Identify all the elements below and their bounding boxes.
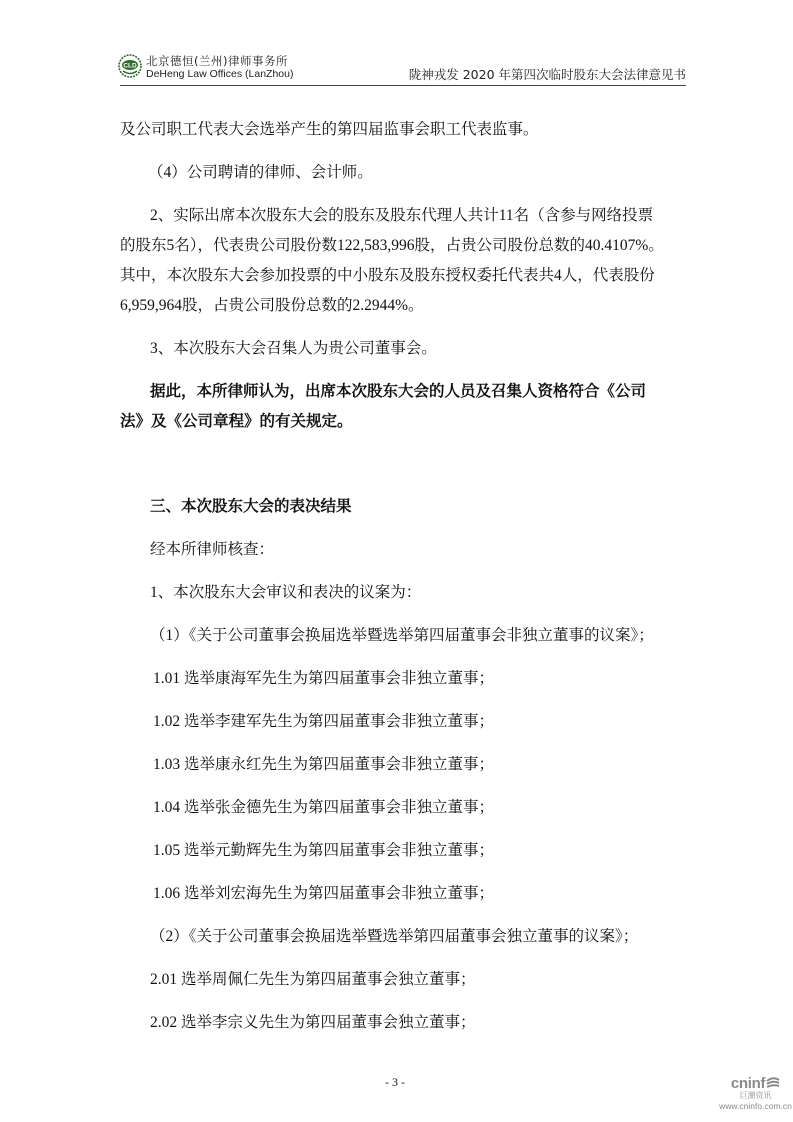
cninfo-swirl-icon [766, 1077, 780, 1089]
paragraph-line: 1.05 选举元勤辉先生为第四届董事会非独立董事； [153, 841, 494, 861]
paragraph-line: 1.03 选举康永红先生为第四届董事会非独立董事； [153, 755, 494, 775]
bold-paragraph-line: 据此，本所律师认为，出席本次股东大会的人员及召集人资格符合《公司 [150, 382, 646, 402]
paragraph-line: 2.02 选举李宗义先生为第四届董事会独立董事； [150, 1013, 476, 1033]
paragraph-line: 6,959,964股，占贵公司股份总数的2.2944%。 [120, 296, 424, 316]
watermark-url: www.cninfo.com.cn [718, 1101, 793, 1111]
paragraph-line: 2.01 选举周佩仁先生为第四届董事会独立董事； [150, 970, 476, 990]
paragraph-line: （2）《关于公司董事会换届选举暨选举第四届董事会独立董事的议案》； [150, 927, 638, 947]
paragraph-line: （1）《关于公司董事会换届选举暨选举第四届董事会非独立董事的议案》； [150, 626, 654, 646]
law-firm-logo-icon: CLD [118, 54, 142, 78]
paragraph-line: 3、本次股东大会召集人为贵公司董事会。 [150, 339, 437, 359]
watermark-brand-chinese: 巨潮资讯 [718, 1090, 793, 1101]
paragraph-line: 1.04 选举张金德先生为第四届董事会非独立董事； [153, 798, 494, 818]
paragraph-line: 经本所律师核查： [150, 540, 274, 560]
firm-name-chinese: 北京德恒(兰州)律师事务所 [146, 53, 288, 69]
document-title: 陇神戎发 2020 年第四次临时股东大会法律意见书 [409, 65, 686, 83]
paragraph-line: 1、本次股东大会审议和表决的议案为： [150, 583, 421, 603]
paragraph-line: （4）公司聘请的律师、会计师。 [148, 163, 373, 183]
bold-paragraph-line: 法》及《公司章程》的有关规定。 [120, 412, 353, 432]
firm-name-english: DeHeng Law Offices (LanZhou) [146, 68, 293, 80]
paragraph-line: 1.02 选举李建军先生为第四届董事会非独立董事； [153, 712, 494, 732]
paragraph-line: 1.06 选举刘宏海先生为第四届董事会非独立董事； [153, 884, 494, 904]
paragraph-line: 的股东5名），代表贵公司股份数122,583,996股，占贵公司股份总数的40.… [120, 236, 664, 256]
header-divider [120, 85, 686, 86]
bold-paragraph-line: 三、本次股东大会的表决结果 [150, 497, 352, 517]
paragraph-line: 2、实际出席本次股东大会的股东及股东代理人共计11名（含参与网络投票 [150, 206, 653, 226]
svg-text:CLD: CLD [123, 63, 137, 70]
page-number: - 3 - [385, 1075, 405, 1090]
page-header: CLD 北京德恒(兰州)律师事务所 DeHeng Law Offices (La… [118, 50, 686, 86]
paragraph-line: 及公司职工代表大会选举产生的第四届监事会职工代表监事。 [120, 120, 539, 140]
paragraph-line: 1.01 选举康海军先生为第四届董事会非独立董事； [153, 669, 494, 689]
cninfo-watermark: cninf 巨潮资讯 www.cninfo.com.cn [718, 1075, 793, 1111]
paragraph-line: 其中，本次股东大会参加投票的中小股东及股东授权委托代表共4人，代表股份 [120, 266, 655, 286]
